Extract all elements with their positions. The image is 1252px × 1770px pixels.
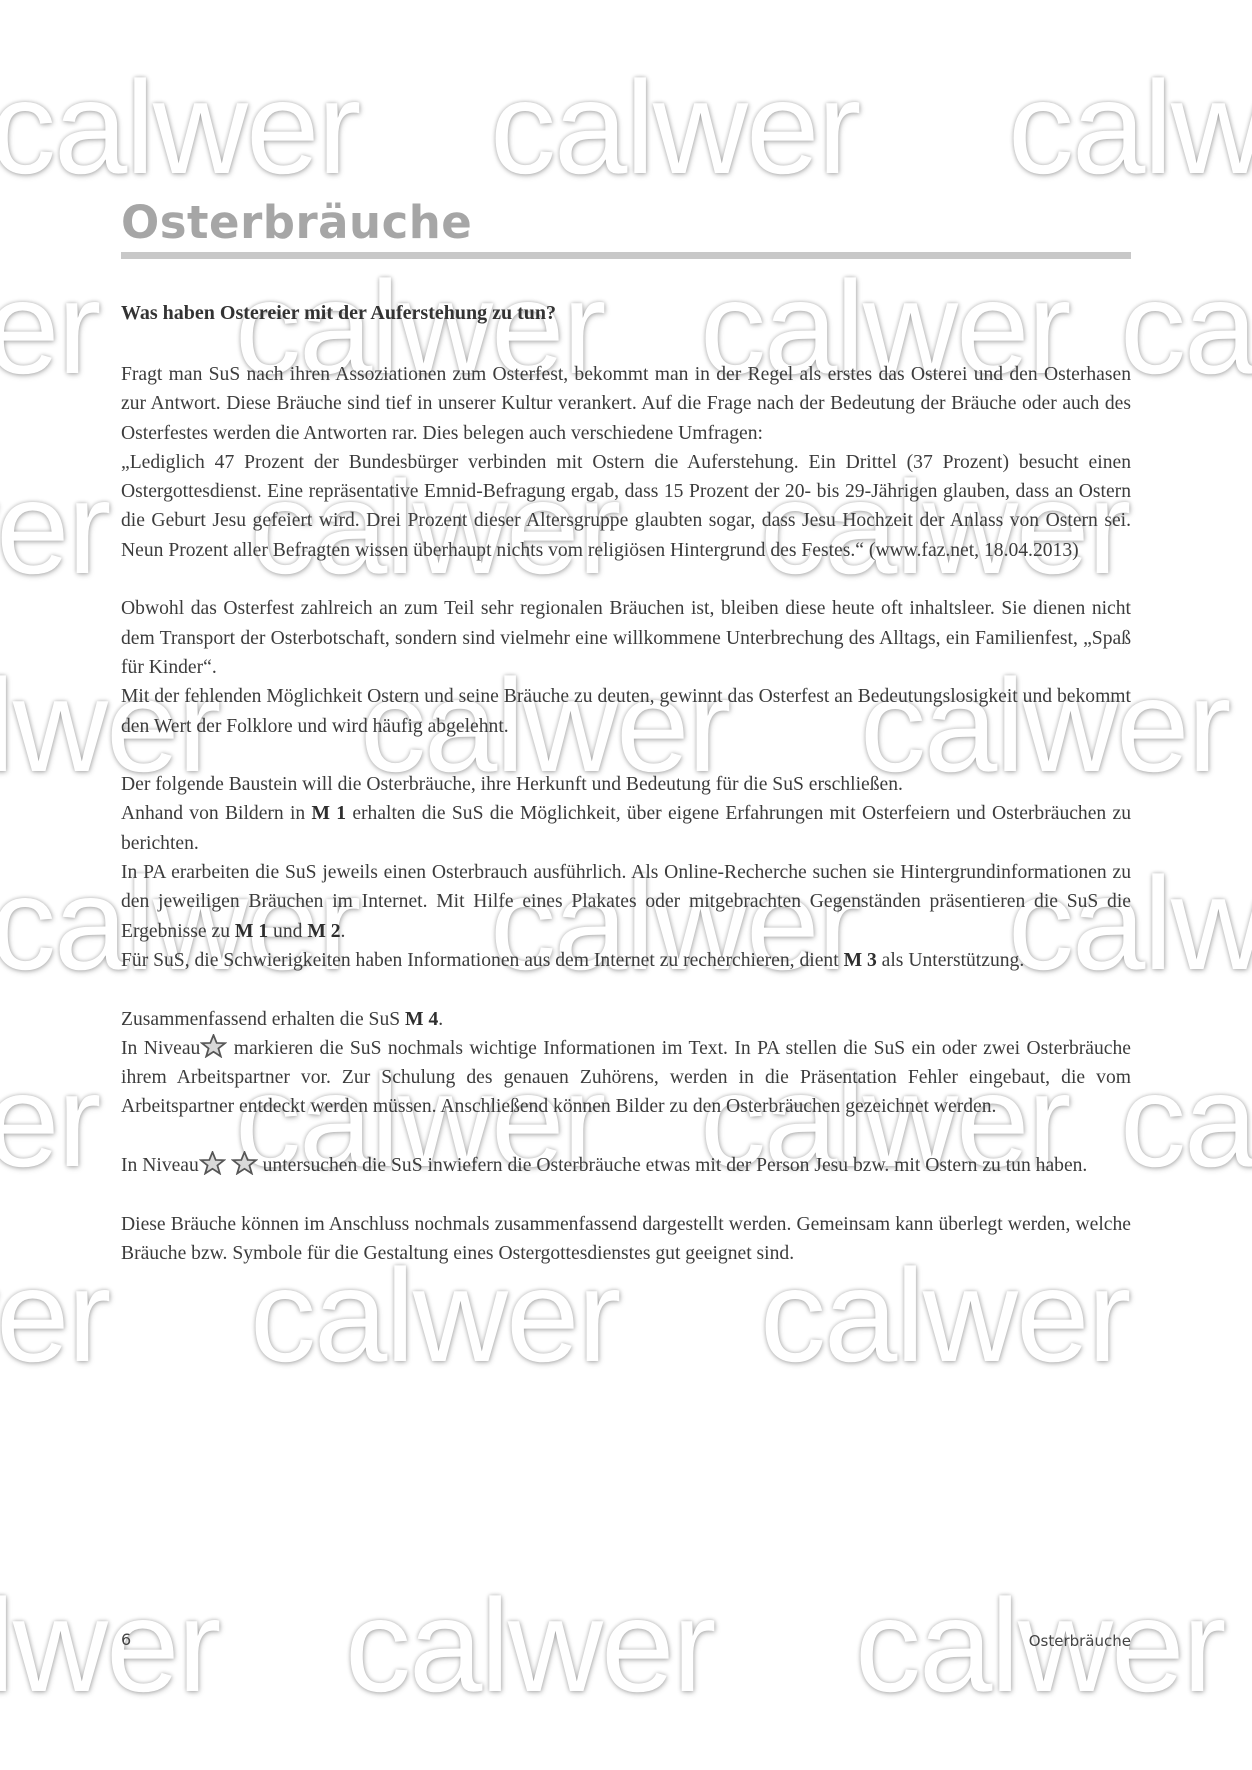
- paragraph-meaning: Mit der fehlenden Möglichkeit Ostern und…: [121, 682, 1131, 741]
- material-ref: M 1: [312, 803, 347, 824]
- paragraph-m1: Anhand von Bildern in M 1 erhalten die S…: [121, 799, 1131, 858]
- watermark: calwer: [1120, 1055, 1252, 1187]
- page-title: Osterbräuche: [121, 196, 472, 249]
- watermark: calwer: [0, 262, 99, 394]
- paragraph-level-2: In Niveau untersuchen die SuS inwiefern …: [121, 1151, 1131, 1180]
- watermark: calwer: [1120, 262, 1252, 394]
- paragraph-module-goal: Der folgende Baustein will die Osterbräu…: [121, 770, 1131, 799]
- material-ref: M 2: [307, 921, 340, 942]
- star-icon: [199, 1151, 226, 1175]
- watermark: calwer: [345, 1580, 714, 1712]
- paragraph-quote: „Lediglich 47 Prozent der Bundesbürger v…: [121, 448, 1131, 565]
- material-ref: M 3: [844, 950, 877, 971]
- watermark: calwer: [490, 62, 859, 194]
- star-icon: [200, 1034, 227, 1058]
- paragraph-m4: Zusammenfassend erhalten die SuS M 4.: [121, 1005, 1131, 1034]
- footer-section-title: Osterbräuche: [1029, 1632, 1131, 1650]
- watermark: calwer: [0, 1055, 99, 1187]
- title-divider: [121, 252, 1131, 259]
- watermark: calwer: [0, 462, 109, 594]
- paragraph-m3: Für SuS, die Schwierigkeiten haben Infor…: [121, 946, 1131, 975]
- material-ref: M 1: [235, 921, 268, 942]
- paragraph-intro: Fragt man SuS nach ihren Assoziationen z…: [121, 360, 1131, 448]
- watermark: calwer: [0, 1580, 219, 1712]
- material-ref: M 4: [405, 1009, 438, 1030]
- page-number: 6: [121, 1630, 131, 1649]
- watermark: calwer: [0, 62, 359, 194]
- section-heading: Was haben Ostereier mit der Auferstehung…: [121, 302, 556, 325]
- paragraph-summary: Diese Bräuche können im Anschluss nochma…: [121, 1210, 1131, 1269]
- paragraph-pa: In PA erarbeiten die SuS jeweils einen O…: [121, 858, 1131, 946]
- paragraph-level-1: In Niveau markieren die SuS nochmals wic…: [121, 1034, 1131, 1122]
- watermark: calwer: [1008, 62, 1252, 194]
- paragraph-customs: Obwohl das Osterfest zahlreich an zum Te…: [121, 594, 1131, 682]
- watermark: calwer: [0, 1250, 109, 1382]
- star-icon: [231, 1151, 258, 1175]
- body-text: Fragt man SuS nach ihren Assoziationen z…: [121, 360, 1131, 1298]
